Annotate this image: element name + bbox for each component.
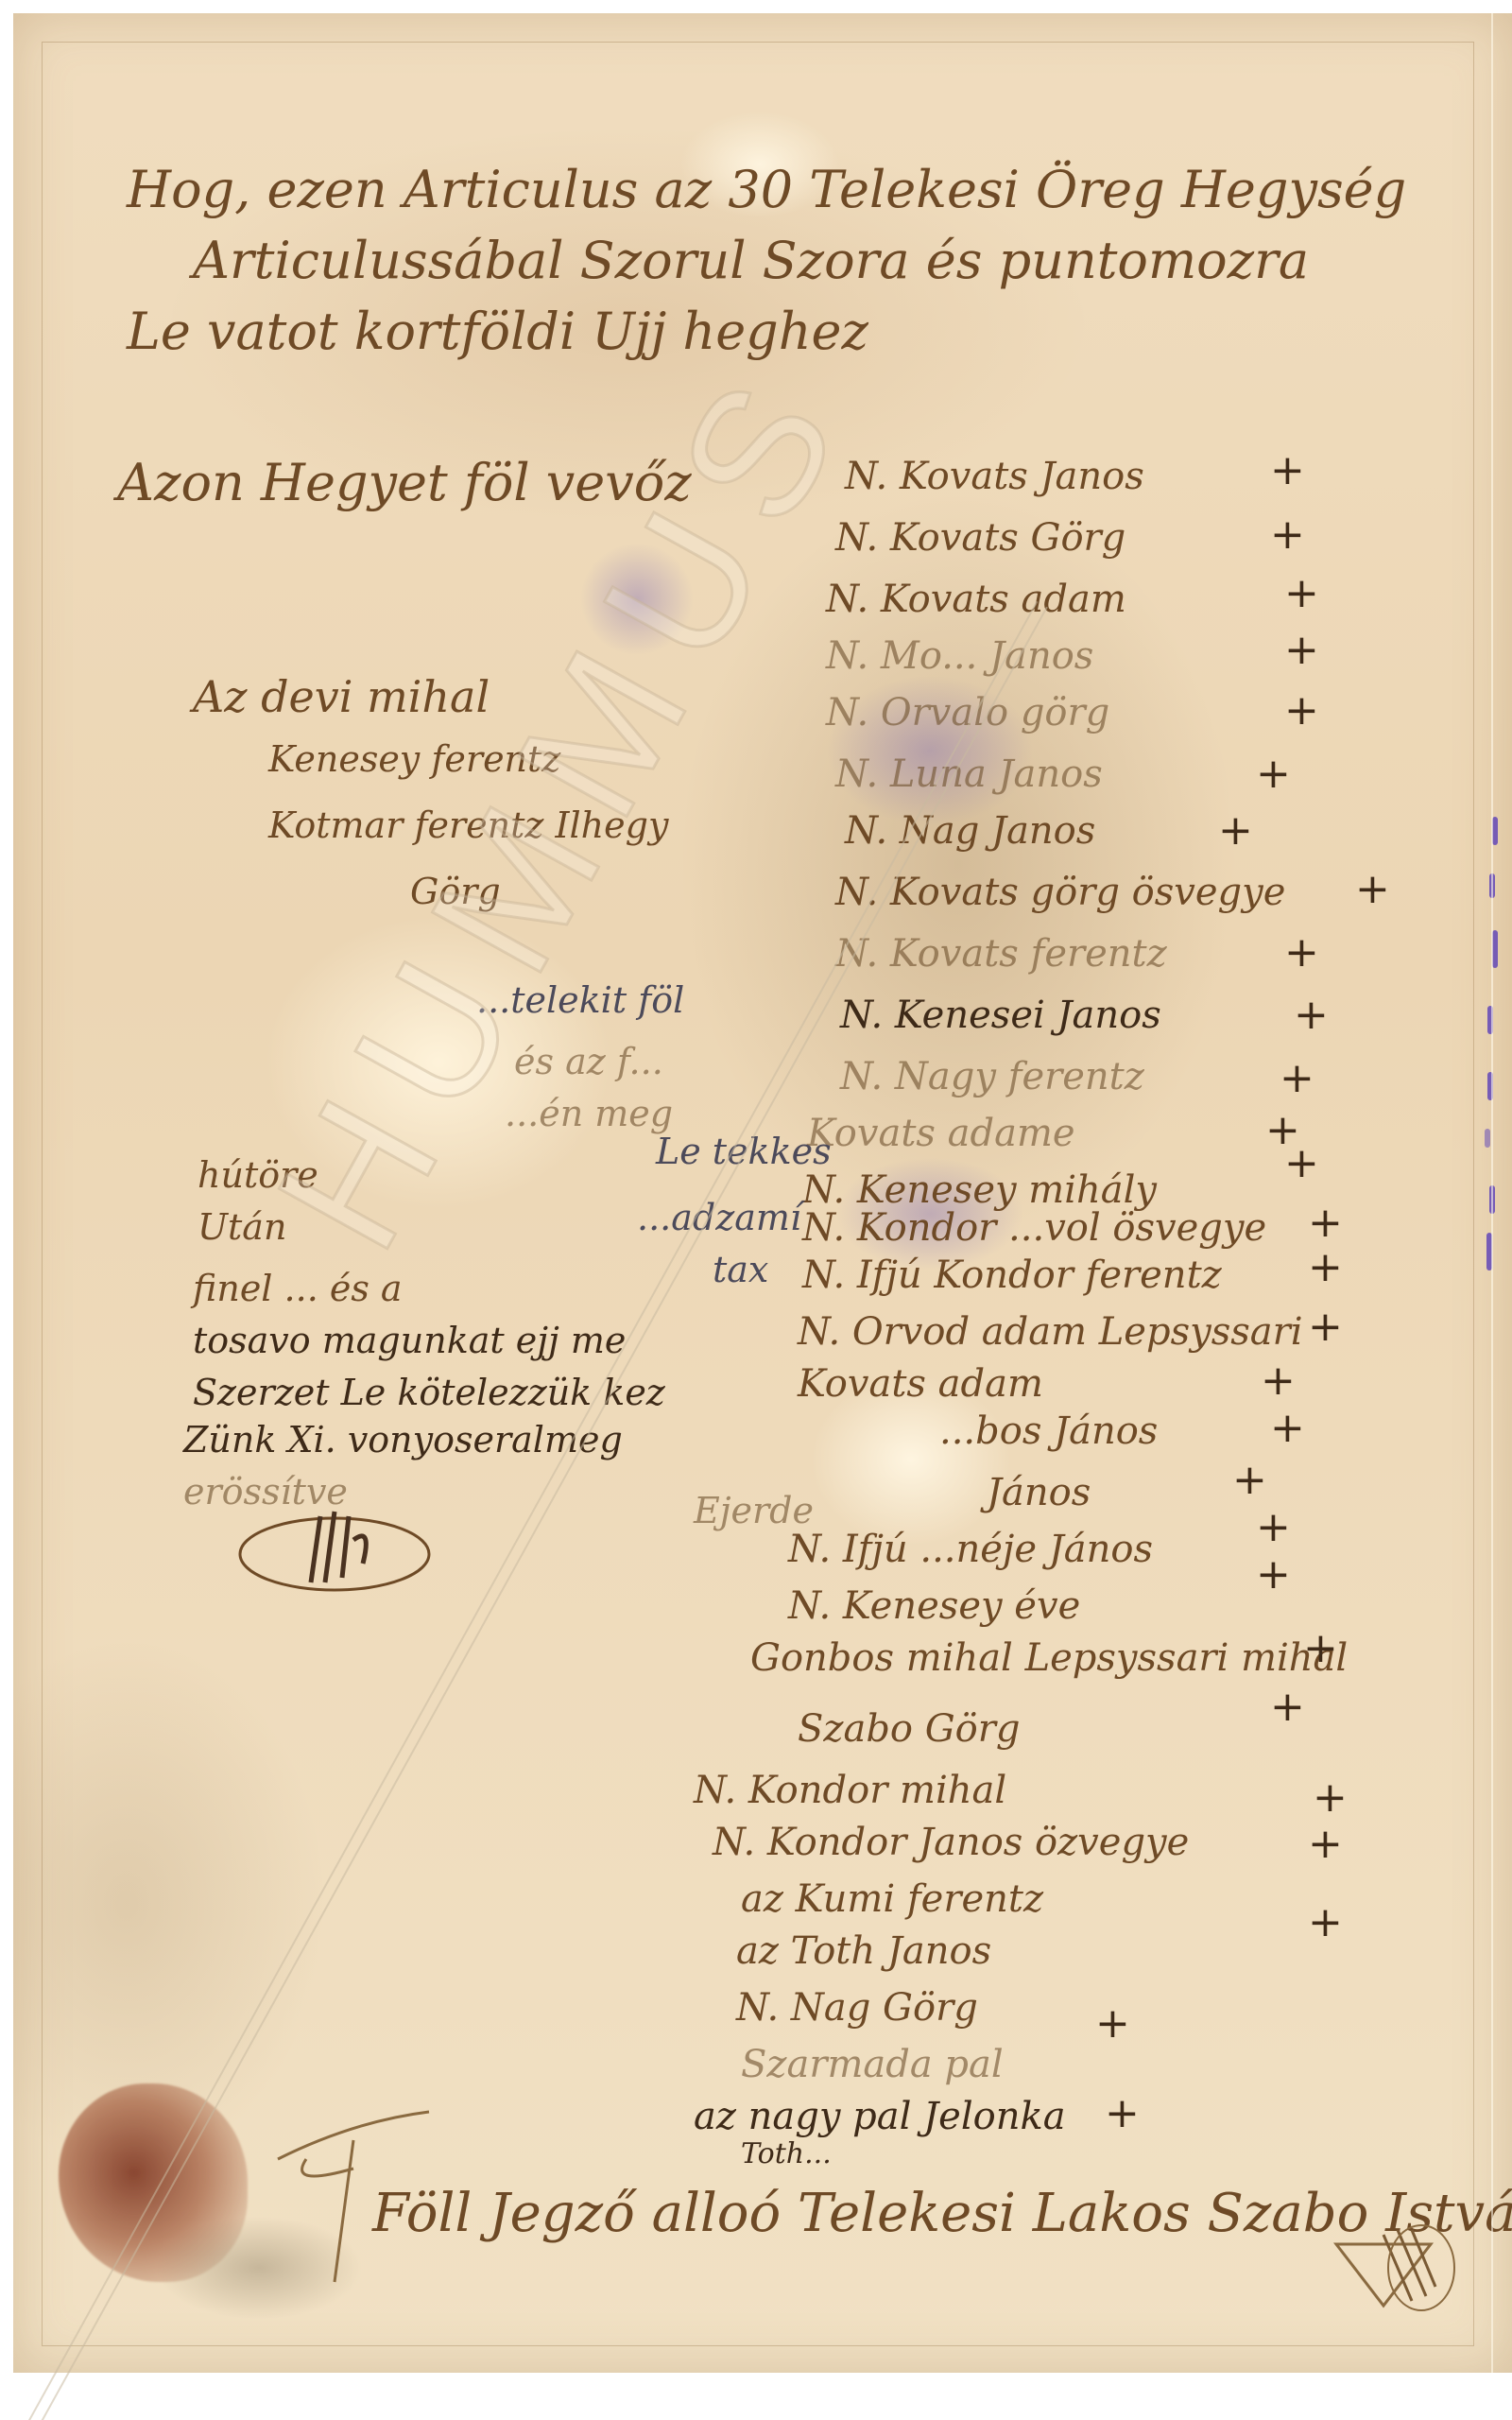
cross-mark: + <box>1270 450 1305 492</box>
title-line-2: Articulussábal Szorul Szora és puntomozr… <box>193 235 1309 286</box>
cross-mark: + <box>1355 869 1390 910</box>
cross-mark: + <box>1313 1777 1348 1819</box>
note-line: tosavo magunkat ejj me <box>193 1322 626 1358</box>
manuscript-page: Hog, ezen Articulus az 30 Telekesi Öreg … <box>13 13 1512 2373</box>
purple-ink-bleed <box>580 543 694 656</box>
list-item: N. Luna Janos <box>835 755 1103 793</box>
list-item: N. Kovats Görg <box>835 519 1125 557</box>
cross-mark: + <box>1256 1554 1291 1596</box>
note-line: és az f... <box>514 1044 663 1080</box>
notary-mark-icon <box>1327 2216 1469 2329</box>
list-item: N. Kovats Janos <box>845 458 1144 495</box>
note-line: Görg <box>410 873 501 909</box>
subtitle: Azon Hegyet föl vevőz <box>117 458 692 509</box>
list-item: N. Kovats görg ösvegye <box>835 873 1285 911</box>
list-item: N. Kondor ...vol ösvegye <box>802 1209 1266 1247</box>
cross-mark: + <box>1308 1824 1343 1865</box>
cross-mark: + <box>1308 1902 1343 1944</box>
list-item: János <box>987 1474 1091 1512</box>
list-item: az Kumi ferentz <box>741 1880 1043 1918</box>
cross-mark: + <box>1294 994 1329 1036</box>
note-line: tax <box>713 1252 768 1288</box>
list-item: N. Nagy ferentz <box>840 1058 1144 1096</box>
list-item: Toth... <box>741 2140 832 2169</box>
list-item: Kovats adame <box>807 1115 1075 1152</box>
cross-mark: + <box>1284 573 1319 614</box>
cross-mark: + <box>1308 1247 1343 1288</box>
note-line: Ejerde <box>694 1493 814 1529</box>
list-item: N. Nag Janos <box>845 812 1095 850</box>
cross-mark: + <box>1105 2093 1140 2135</box>
list-item: Szabo Görg <box>798 1710 1021 1748</box>
cross-mark: + <box>1280 1058 1314 1099</box>
title-line-1: Hog, ezen Articulus az 30 Telekesi Öreg … <box>127 164 1406 216</box>
list-item: Szarmada pal <box>741 2046 1004 2083</box>
list-item: az Toth Janos <box>736 1932 991 1970</box>
cross-mark: + <box>1270 1408 1305 1449</box>
list-item: N. Kondor Janos özvegye <box>713 1824 1189 1861</box>
list-item: N. Ifjú Kondor ferentz <box>802 1256 1222 1294</box>
list-item: Gonbos mihal Lepsyssari mihal <box>750 1639 1348 1677</box>
cross-mark: + <box>1284 630 1319 671</box>
flourish-icon <box>268 2102 438 2291</box>
list-item: N. Kenesey mihály <box>802 1171 1157 1209</box>
list-item: az nagy pal Jelonka <box>694 2098 1066 2135</box>
title-line-3: Le vatot kortföldi Ujj heghez <box>127 306 868 357</box>
note-line: Kenesey ferentz <box>268 741 560 777</box>
cross-mark: + <box>1095 2003 1130 2045</box>
note-line: Után <box>198 1209 286 1245</box>
list-item: Kovats adam <box>798 1365 1043 1403</box>
cross-mark: + <box>1303 1628 1338 1669</box>
list-item: N. Kenesey éve <box>788 1587 1080 1625</box>
list-item: ...bos János <box>939 1412 1158 1450</box>
cross-mark: + <box>1270 514 1305 556</box>
note-line: ...én meg <box>505 1096 673 1132</box>
cross-mark: + <box>1308 1202 1343 1244</box>
list-item: N. Orvod adam Lepsyssari <box>798 1313 1303 1351</box>
note-line: Kotmar ferentz Ilhegy <box>268 807 668 843</box>
cross-mark: + <box>1218 810 1253 852</box>
cross-mark: + <box>1284 690 1319 732</box>
cross-mark: + <box>1261 1360 1296 1402</box>
list-item: N. Kovats ferentz <box>835 935 1167 973</box>
note-line: Az devi mihal <box>193 675 490 718</box>
list-item: N. Ifjú ...néje János <box>788 1530 1153 1568</box>
cross-mark: + <box>1308 1306 1343 1348</box>
list-item: N. Mo... Janos <box>826 637 1093 675</box>
signature-flourish-icon <box>231 1488 448 1601</box>
cross-mark: + <box>1256 1507 1291 1548</box>
list-item: N. Kovats adam <box>826 580 1126 618</box>
cross-mark: + <box>1284 932 1319 974</box>
cross-mark: + <box>1284 1143 1319 1184</box>
cross-mark: + <box>1270 1686 1305 1728</box>
note-line: Zünk Xi. vonyoseralmeg <box>183 1422 623 1458</box>
cross-mark: + <box>1232 1460 1267 1501</box>
list-item: N. Nag Görg <box>736 1989 978 2027</box>
list-item: N. Kenesei Janos <box>840 996 1161 1034</box>
note-line: finel ... és a <box>193 1270 403 1306</box>
note-line: ...telekit föl <box>476 982 684 1018</box>
cross-mark: + <box>1256 753 1291 795</box>
note-line: ...adzamí <box>637 1200 801 1236</box>
list-item: N. Kondor mihal <box>694 1772 1006 1809</box>
note-line: hútöre <box>198 1157 318 1193</box>
